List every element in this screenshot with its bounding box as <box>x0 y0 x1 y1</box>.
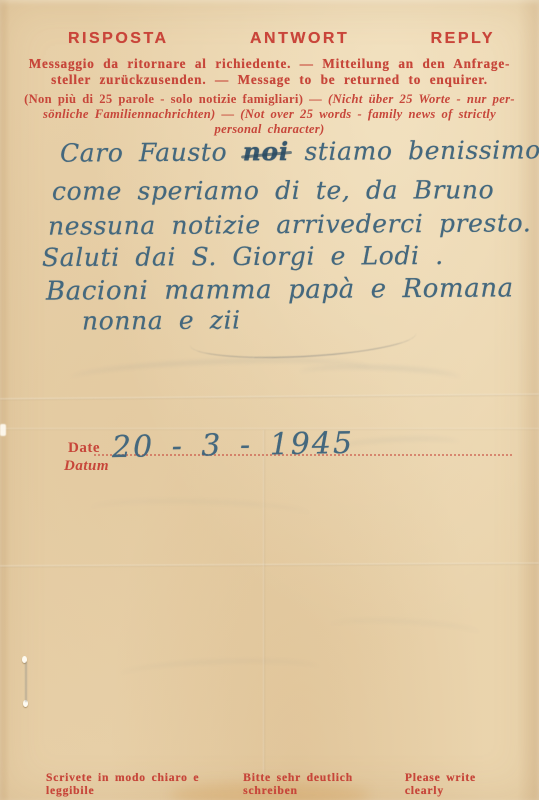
handwritten-line: Saluti dai S. Giorgi e Lodi . <box>42 241 444 272</box>
ink-showthrough <box>330 616 481 643</box>
return-instruction-line2: steller zurückzusenden. — Message to be … <box>17 72 522 88</box>
header-label-en: REPLY <box>431 30 495 48</box>
handwritten-date: 20 - 3 - 1945 <box>112 426 355 465</box>
overwritten-word: noi <box>243 137 289 166</box>
word-limit-note: (Non più di 25 parole - solo notizie fam… <box>17 92 522 137</box>
form-footer: Scrivete in modo chiaro e leggibile Bitt… <box>0 771 539 797</box>
handwritten-line: Caro Fausto noi stiamo benissimo <box>60 135 539 167</box>
footer-note-en: Please write clearly <box>405 771 515 797</box>
word-limit-line1-roman: (Non più di 25 parole - solo notizie fam… <box>24 92 328 106</box>
ink-showthrough <box>300 363 461 388</box>
return-instruction: Messaggio da ritornare al richiedente. —… <box>17 56 522 87</box>
datum-label: Datum <box>64 458 109 475</box>
fold-crease-horizontal <box>0 394 539 401</box>
header-label-it: RISPOSTA <box>68 30 169 48</box>
return-instruction-line1: Messaggio da ritornare al richiedente. —… <box>17 56 522 72</box>
handwritten-line: come speriamo di te, da Bruno <box>52 175 494 206</box>
footer-note-it: Scrivete in modo chiaro e leggibile <box>46 771 243 797</box>
paper-edge-nick <box>0 424 6 436</box>
handwritten-line: nonna e zii <box>82 305 241 335</box>
ink-showthrough <box>90 497 311 526</box>
word-limit-line3: personal character) <box>17 122 522 137</box>
handwritten-line: nessuna notizie arrivederci presto. <box>48 208 532 240</box>
header-label-de: ANTWORT <box>250 30 349 48</box>
word-limit-line1: (Non più di 25 parole - solo notizie fam… <box>17 92 522 107</box>
word-limit-line2: sönliche Familiennachrichten) — (Not ove… <box>17 107 522 122</box>
ink-showthrough <box>120 657 321 687</box>
fold-crease-vertical <box>263 430 265 780</box>
handwritten-line: Bacioni mamma papà e Romana <box>46 273 514 306</box>
handwritten-text: stiamo benissimo <box>289 135 539 166</box>
fold-crease-horizontal <box>0 563 539 568</box>
footer-note-de: Bitte sehr deutlich schreiben <box>243 771 405 797</box>
handwritten-text: Caro Fausto <box>60 137 243 167</box>
form-header: RISPOSTA ANTWORT REPLY <box>0 30 539 48</box>
staple-mark <box>25 662 27 702</box>
message-form-paper: RISPOSTA ANTWORT REPLY Messaggio da rito… <box>0 0 539 800</box>
word-limit-line1-italic: (Nicht über 25 Worte - nur per- <box>328 92 515 106</box>
